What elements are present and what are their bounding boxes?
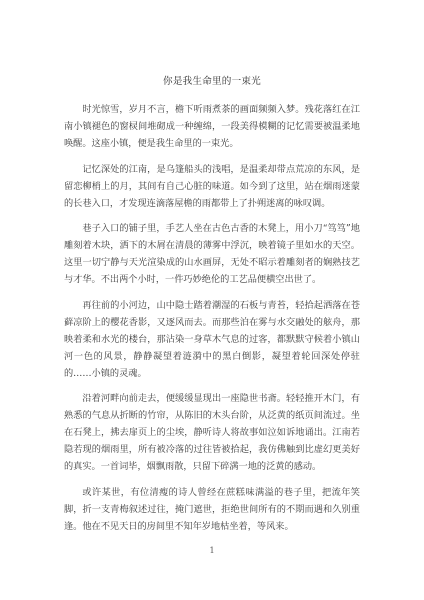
paragraph: 沿着河畔向前走去，便缓缓显现出一座隐世书斋。轻轻推开木门，有熟悉的气息从折断的竹…: [64, 390, 360, 475]
document-body: 时光惊雪，岁月不言，檐下听雨煮茶的画面频频入梦。残花落红在江南小镇褪色的窗棂间堆…: [64, 101, 360, 543]
page-number: 1: [0, 546, 424, 556]
paragraph: 再往前的小河边，山中隐士踏着潮湿的石板与青苔，轻拾起洒落在苍藓凉阶上的樱花香影，…: [64, 297, 360, 382]
paragraph: 记忆深处的江南，是乌篷船头的浅唱，是温柔却带点荒凉的东风，是留恋柳梢上的月，其间…: [64, 161, 360, 212]
document-title: 你是我生命里的一束光: [0, 76, 424, 88]
paragraph: 时光惊雪，岁月不言，檐下听雨煮茶的画面频频入梦。残花落红在江南小镇褪色的窗棂间堆…: [64, 101, 360, 152]
paragraph: 巷子入口的铺子里，手艺人坐在古色古香的木凳上，用小刀“笃笃”地雕刻着木块，洒下的…: [64, 220, 360, 288]
document-page: 你是我生命里的一束光 时光惊雪，岁月不言，檐下听雨煮茶的画面频频入梦。残花落红在…: [0, 0, 424, 600]
paragraph: 或许某世，有位清瘦的诗人曾经在蔗糕味满溢的巷子里，把流年笑脚，折一支青梅叙述过往…: [64, 484, 360, 535]
